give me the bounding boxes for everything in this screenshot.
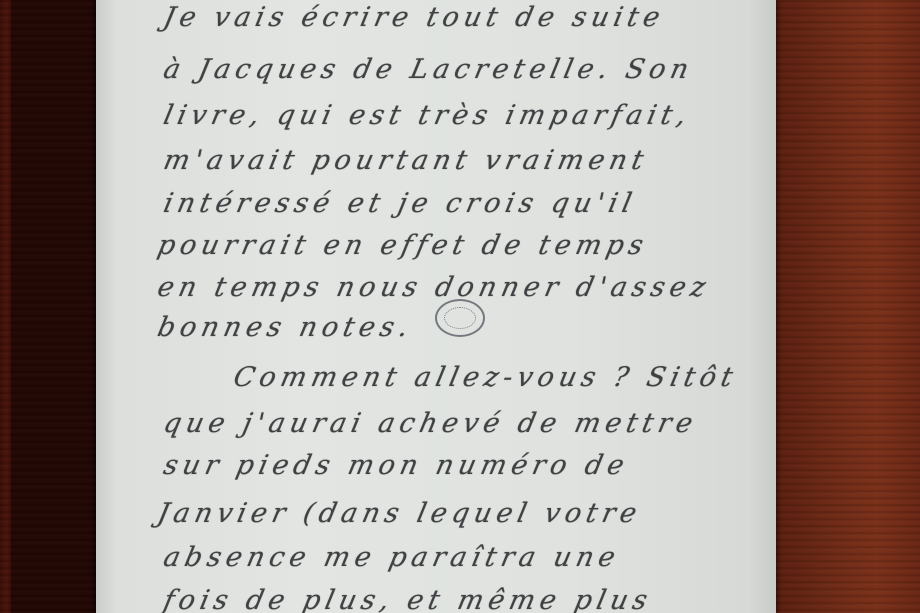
letter-line: Janvier (dans lequel votre xyxy=(155,498,645,529)
letter-line: intéressé et je crois qu'il xyxy=(161,188,640,219)
letter-line: absence me paraîtra une xyxy=(161,542,623,573)
library-stamp-icon xyxy=(435,299,485,337)
letter-line: en temps nous donner d'assez xyxy=(155,272,714,303)
letter-page: Je vais écrire tout de suite à Jacques d… xyxy=(96,0,776,613)
letter-line: livre, qui est très imparfait, xyxy=(161,100,694,131)
letter-line: Comment allez-vous ? Sitôt xyxy=(231,362,741,393)
letter-line: fois de plus, et même plus xyxy=(161,585,655,613)
letter-line: sur pieds mon numéro de xyxy=(161,450,632,481)
letter-line: Je vais écrire tout de suite xyxy=(161,2,668,33)
letter-line: à Jacques de Lacretelle. Son xyxy=(161,54,697,85)
letter-line: bonnes notes. xyxy=(155,312,416,343)
stamp-inner-ring xyxy=(444,307,476,329)
wood-background-right xyxy=(776,0,920,613)
letter-line: que j'aurai achevé de mettre xyxy=(161,408,701,439)
letter-line: m'avait pourtant vraiment xyxy=(161,145,651,176)
letter-line: pourrait en effet de temps xyxy=(155,230,651,261)
wood-background-left xyxy=(0,0,96,613)
